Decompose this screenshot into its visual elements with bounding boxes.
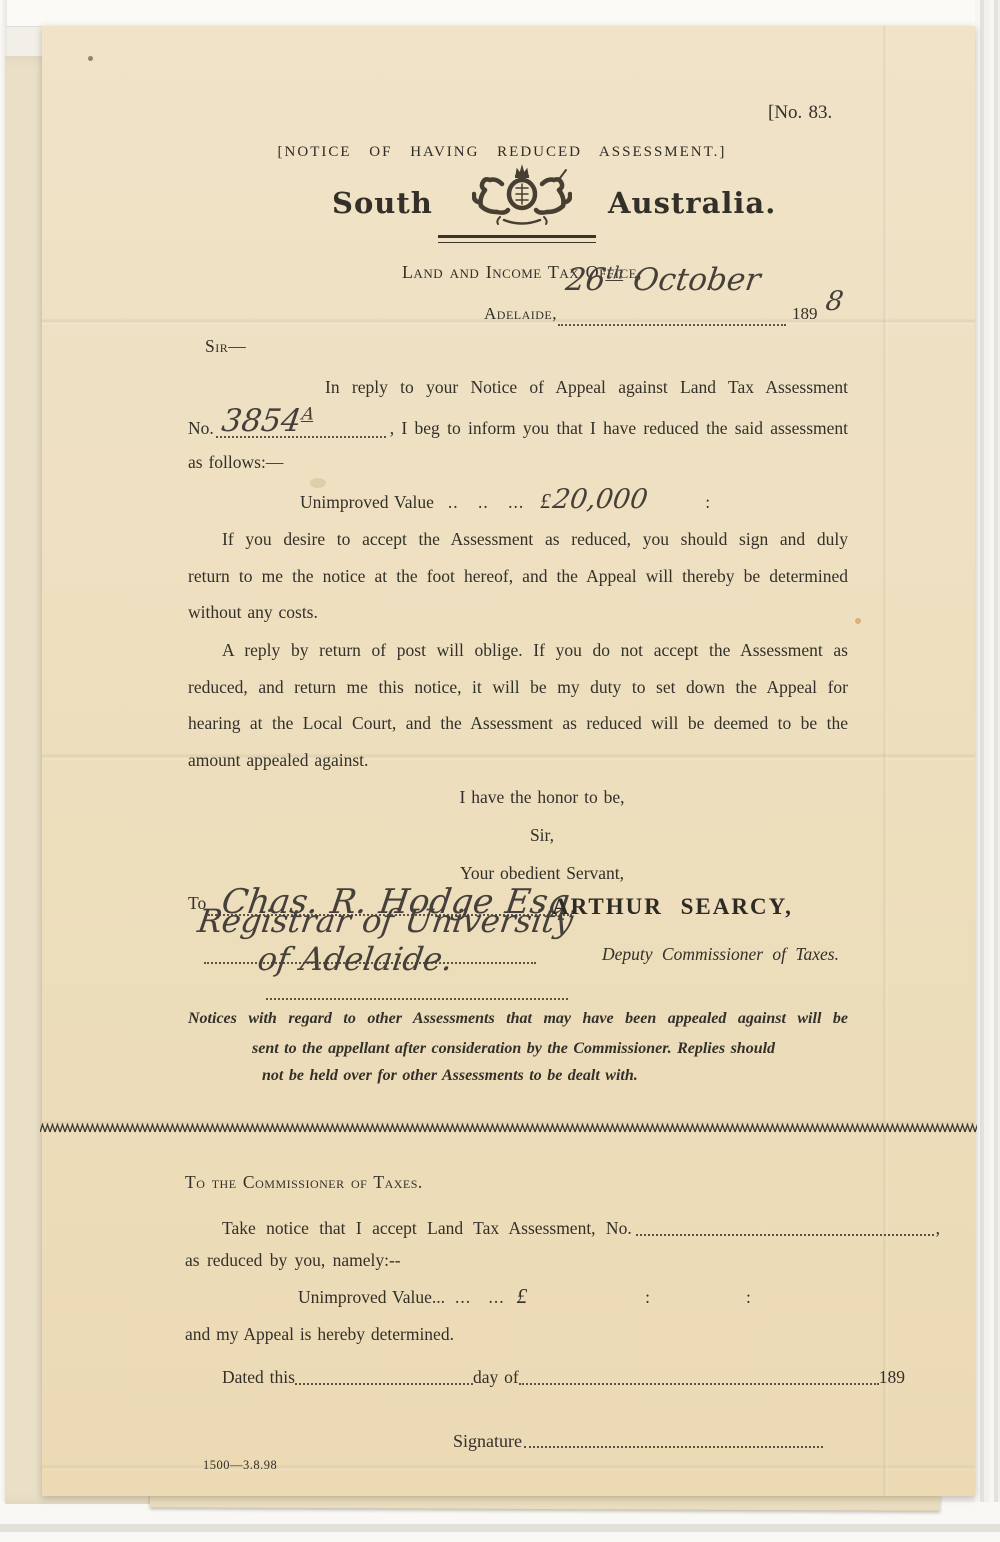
month-blank: [519, 1362, 879, 1385]
scanner-edge-top: [0, 0, 1000, 27]
pound-sign: £: [517, 1284, 528, 1309]
colon-separator: :: [746, 1287, 751, 1308]
unimproved-value-row: Unimproved Value .. .. ... £ 20,000 :: [300, 484, 900, 515]
fold-crease-vertical: [883, 26, 888, 1496]
masthead-australia: Australia.: [608, 186, 776, 220]
paragraph-line: as reduced by you, namely:--: [185, 1250, 401, 1271]
paragraph-line: If you desire to accept the Assessment a…: [188, 521, 848, 558]
dateline: Adelaide, 26thOctober 189 8: [482, 274, 952, 332]
printer-code: 1500—3.8.98: [203, 1458, 277, 1473]
tear-off-zigzag-rule: [40, 1123, 977, 1133]
handwritten-day: 26: [563, 262, 608, 298]
handwritten-month: October: [631, 262, 763, 298]
assessment-number-blank: [636, 1212, 934, 1236]
masthead-rule: [438, 235, 596, 243]
signature-label: Signature: [453, 1431, 522, 1452]
handwritten-amount: 20,000: [551, 484, 650, 515]
accept-line-label: Take notice that I accept Land Tax Asses…: [222, 1218, 632, 1240]
assessment-number-suffix: A: [300, 405, 315, 425]
signature-blank: [524, 1426, 823, 1448]
assessment-number: 3854: [219, 403, 303, 439]
masthead-south: South: [332, 186, 433, 220]
leader-dots: ... ...: [455, 1287, 505, 1308]
footnote-line: sent to the appellant after consideratio…: [252, 1040, 775, 1058]
paragraph-line: A reply by return of post will oblige. I…: [188, 632, 848, 669]
paragraph-line: amount appealed against.: [188, 742, 848, 779]
handwritten-year-digit: 8: [824, 286, 846, 317]
assessment-number-field: 3854A: [216, 410, 386, 438]
fold-crease: [42, 1464, 975, 1471]
assessment-number-row: No. 3854A , I beg to inform you that I h…: [188, 410, 848, 440]
handwritten-date: 26thOctober: [563, 262, 762, 298]
value-label: Unimproved Value: [300, 492, 434, 513]
colon-separator: :: [705, 492, 710, 513]
closing-line: Sir,: [242, 816, 842, 854]
value-label: Unimproved Value...: [298, 1287, 445, 1308]
paragraph-line: and my Appeal is hereby determined.: [185, 1324, 454, 1345]
scanner-shadow-band: [0, 1524, 1000, 1532]
handwritten-assessment-number: 3854A: [219, 403, 315, 439]
scanner-edge-right: [975, 0, 1000, 1542]
tearoff-value-row: Unimproved Value... ... ... £ : :: [298, 1284, 751, 1309]
footnote-line: not be held over for other Assessments t…: [262, 1067, 638, 1085]
paragraph-line: , I beg to inform you that I have reduce…: [390, 418, 848, 440]
royal-coat-of-arms-icon: [472, 160, 572, 230]
form-number: [No. 83.: [768, 102, 832, 124]
document-title: [NOTICE OF HAVING REDUCED ASSESSMENT.]: [182, 144, 822, 161]
handwritten-day-suffix: th: [605, 264, 626, 284]
colon-separator: :: [645, 1287, 650, 1308]
recipient-dotted-rule: [266, 996, 568, 1000]
paper-stain: [855, 618, 861, 624]
dated-label: Dated this: [222, 1367, 295, 1389]
paragraph-accept: If you desire to accept the Assessment a…: [188, 521, 848, 631]
signatory-title: Deputy Commissioner of Taxes.: [602, 944, 839, 965]
document-page: [No. 83. [NOTICE OF HAVING REDUCED ASSES…: [42, 26, 975, 1496]
footnote-line: Notices with regard to other Assessments…: [188, 1010, 848, 1028]
paragraph-line: as follows:—: [188, 452, 283, 473]
signatory-name: ARTHUR SEARCY,: [552, 894, 793, 920]
closing-line: I have the honor to be,: [242, 778, 842, 816]
paper-stain: [88, 56, 93, 61]
handwritten-recipient-line3: of Adelaide.: [255, 940, 455, 978]
comma: ,: [936, 1218, 940, 1240]
pound-sign: £: [540, 489, 551, 514]
dated-row: Dated this day of 189: [222, 1362, 905, 1389]
printed-year: 189: [792, 304, 818, 324]
paragraph-line: reduced, and return me this notice, it w…: [188, 669, 848, 706]
year-printed: 189: [879, 1367, 905, 1389]
paragraph-reply: A reply by return of post will oblige. I…: [188, 632, 848, 778]
tearoff-heading: To the Commissioner of Taxes.: [185, 1172, 423, 1193]
day-of-label: day of: [473, 1367, 519, 1389]
paragraph-line: without any costs.: [188, 594, 848, 631]
handwritten-recipient-line2: Registrar of University: [195, 902, 575, 940]
leader-dots: .. .. ...: [448, 492, 524, 513]
salutation: Sir—: [205, 336, 246, 357]
paragraph-line: In reply to your Notice of Appeal agains…: [325, 377, 848, 398]
dateline-place: Adelaide,: [484, 304, 557, 324]
paragraph-line: return to me the notice at the foot here…: [188, 558, 848, 595]
number-label: No.: [188, 418, 214, 440]
signature-row: Signature: [453, 1426, 823, 1452]
day-blank: [295, 1362, 473, 1385]
paragraph-line: hearing at the Local Court, and the Asse…: [188, 705, 848, 742]
dateline-dotted-rule: [558, 300, 786, 326]
tearoff-accept-row: Take notice that I accept Land Tax Asses…: [222, 1212, 940, 1240]
